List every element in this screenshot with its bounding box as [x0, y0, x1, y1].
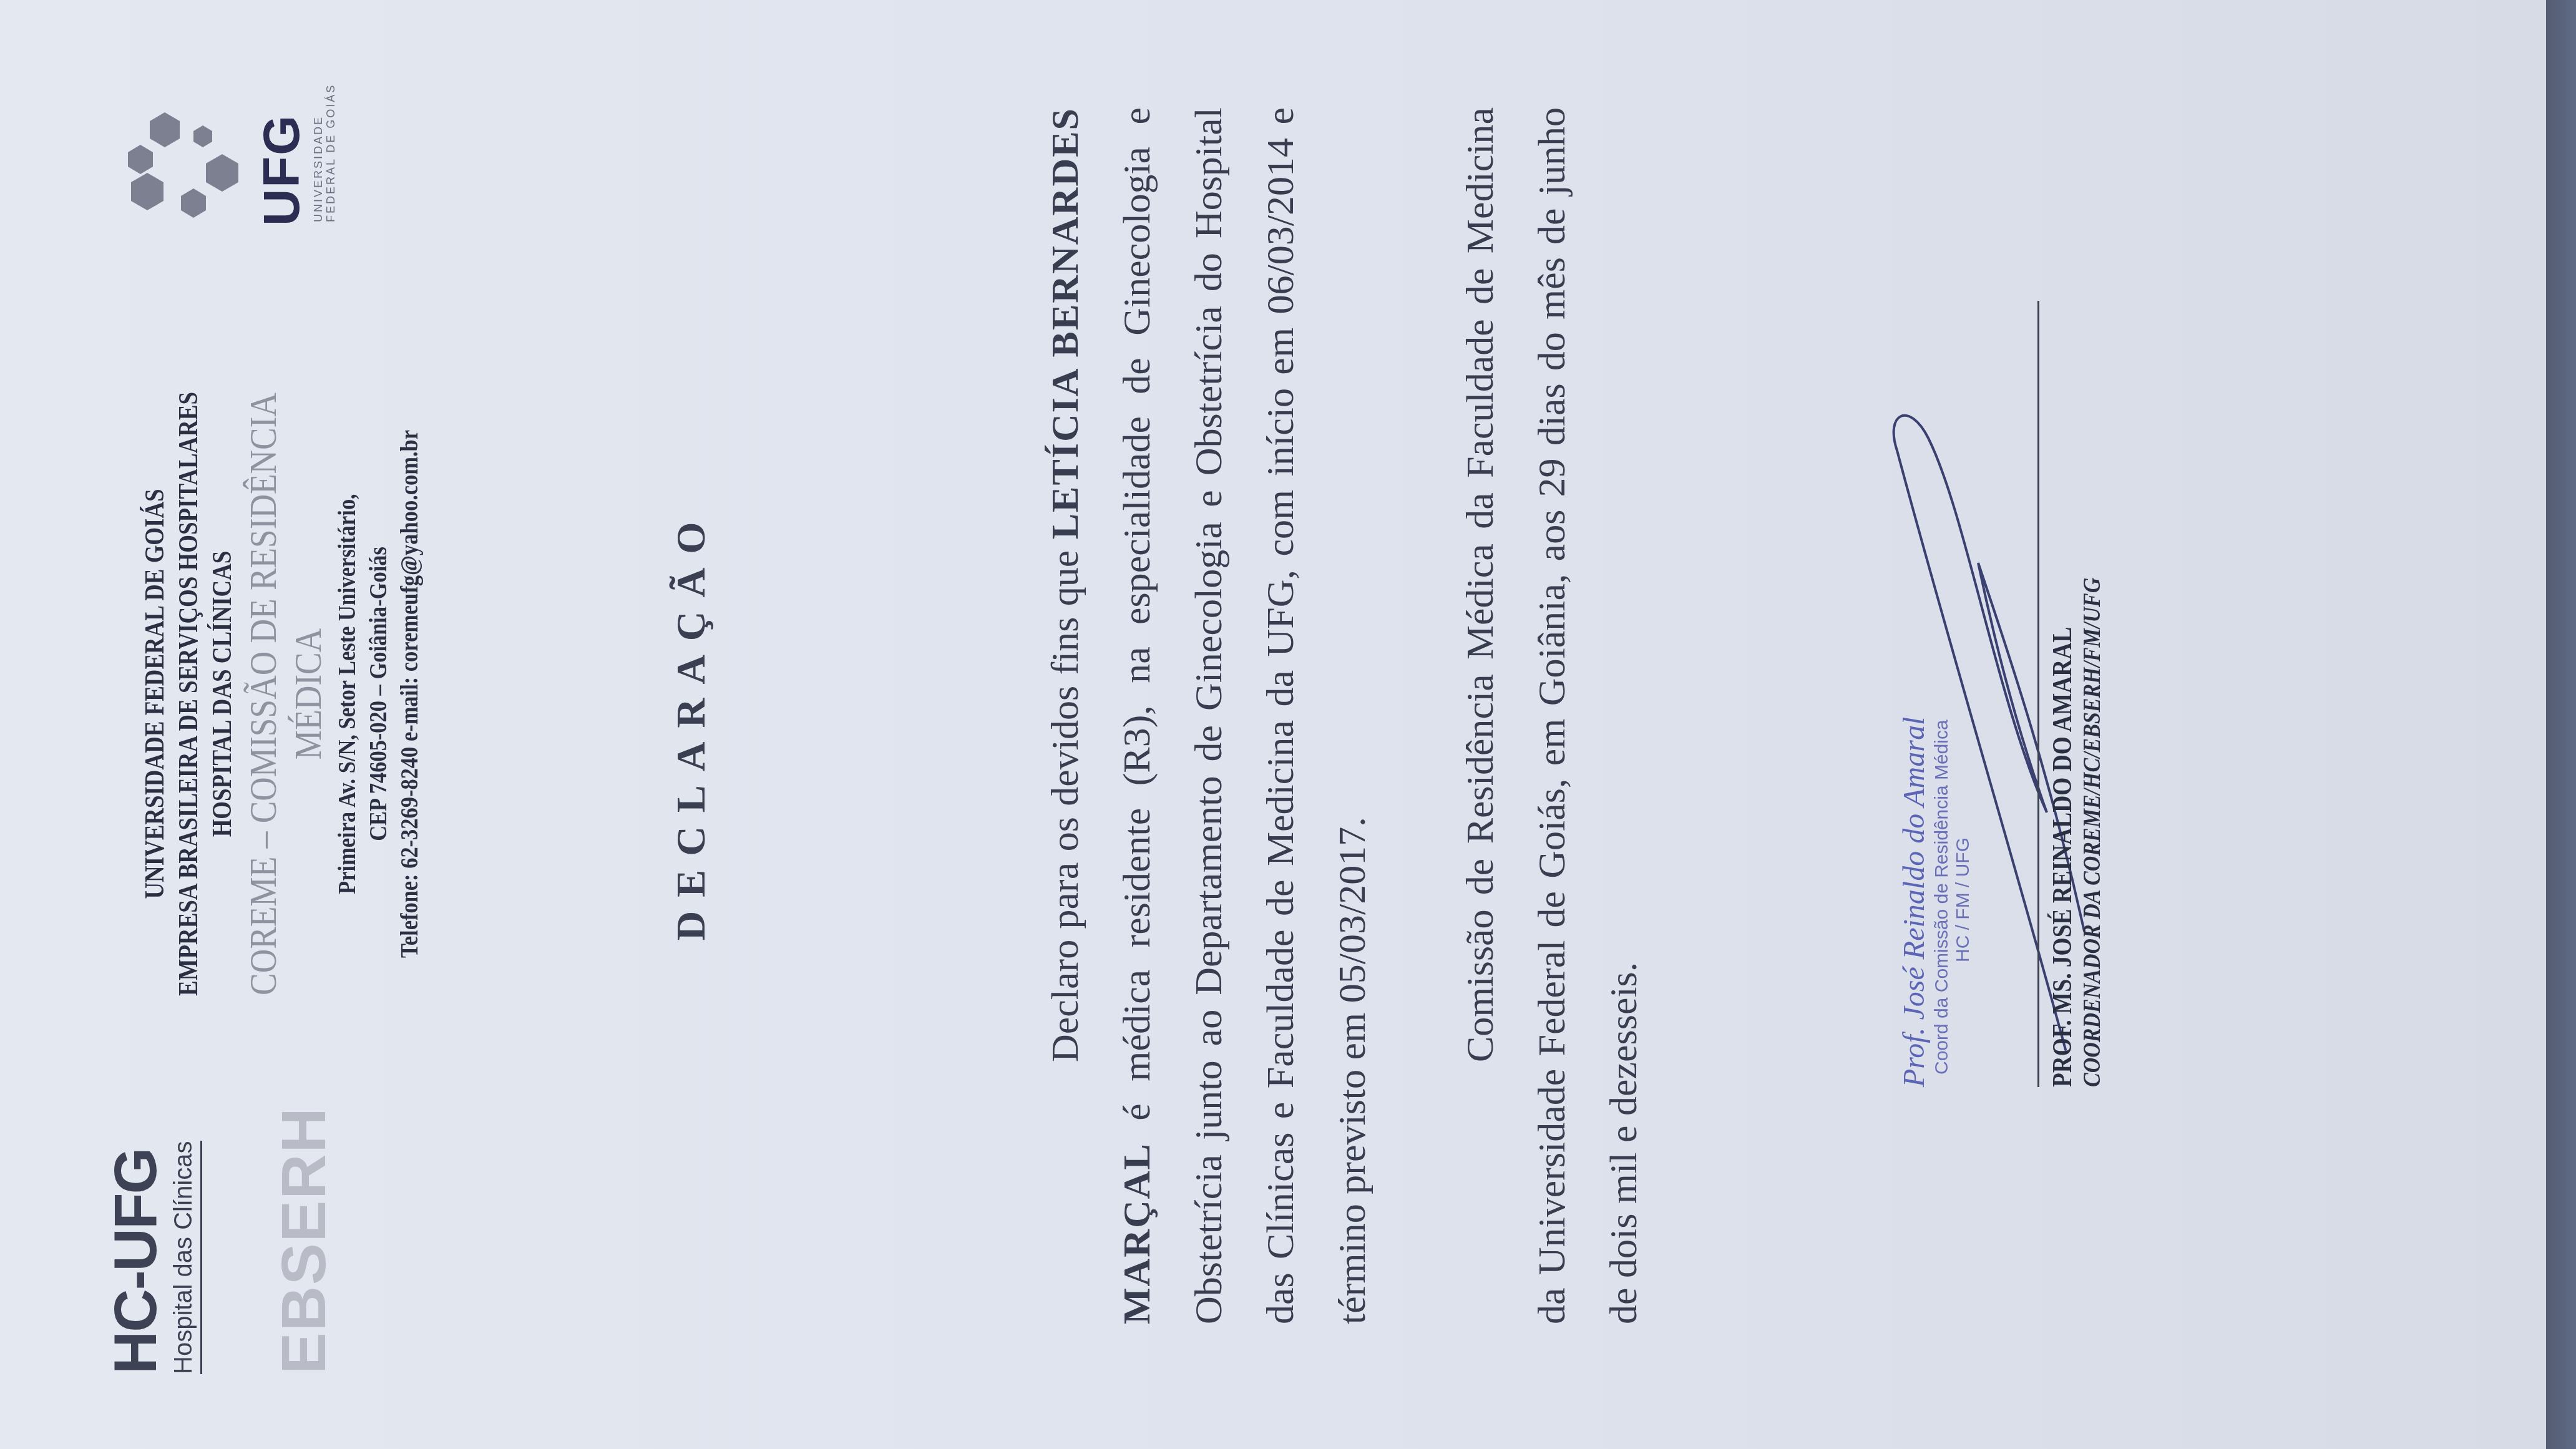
institution-line: UNIVERSIDADE FEDERAL DE GOIÁS [137, 382, 171, 1006]
closing-paragraph: Comissão de Residência Médica da Faculda… [1445, 107, 1660, 1324]
hexagon-cluster-icon [125, 107, 250, 226]
ufg-logo-subtitle: UNIVERSIDADE FEDERAL DE GOIÁS [312, 84, 337, 222]
paragraph-text: é médica residente (R3), na especialidad… [1116, 107, 1373, 1324]
paragraph-text: Declaro para os devidos fins que [1044, 539, 1086, 1062]
hc-ufg-logo: HC-UFG Hospital das Clínicas [106, 1137, 202, 1374]
ufg-logo-title: UFG [253, 114, 311, 226]
declaration-paragraph: Declaro para os devidos fins que LETÍCIA… [1030, 107, 1388, 1324]
address-line: Primeira Av. S/N, Setor Leste Universitá… [331, 374, 362, 1014]
hc-ufg-logo-subtitle: Hospital das Clínicas [170, 1141, 202, 1375]
signature-line [2037, 301, 2039, 1087]
committee-name: COREME – COMISSÃO DE RESIDÊNCIA MÉDICA [241, 366, 331, 1021]
hc-ufg-logo-title: HC-UFG [106, 1137, 166, 1374]
ufg-logo: UFG UNIVERSIDADE FEDERAL DE GOIÁS [125, 39, 331, 226]
contact-line: Telefone: 62-3269-8240 e-mail: coremeufg… [393, 374, 424, 1014]
institution-line: HOSPITAL DAS CLÍNICAS [205, 382, 238, 1006]
address-line: CEP 74605-020 – Goiânia-Goiás [362, 374, 393, 1014]
institution-header: UNIVERSIDADE FEDERAL DE GOIÁS EMPRESA BR… [137, 313, 331, 1075]
address-block: Primeira Av. S/N, Setor Leste Universitá… [331, 313, 424, 1075]
signer-name: PROF. MS. JOSÉ REINALDO DO AMARAL [2047, 419, 2078, 1087]
signer-block: PROF. MS. JOSÉ REINALDO DO AMARAL COORDE… [2047, 301, 2105, 1087]
ufg-subtitle-line: UNIVERSIDADE [312, 84, 324, 222]
ebserh-logo: EBSERH [268, 1106, 340, 1374]
document-title: DECLARAÇÃO [668, 0, 715, 1449]
document-body: Declaro para os devidos fins que LETÍCIA… [1030, 107, 1716, 1324]
signer-role: COORDENADOR DA COREME/HC/EBSERH/FM/UFG [2078, 419, 2105, 1087]
ufg-subtitle-line: FEDERAL DE GOIÁS [324, 84, 337, 222]
document-page: HC-UFG Hospital das Clínicas EBSERH UNIV… [0, 0, 2546, 1449]
paragraph-text: Comissão de Residência Médica da Faculda… [1459, 107, 1645, 1324]
institution-line: EMPRESA BRASILEIRA DE SERVIÇOS HOSPITALA… [171, 382, 205, 1006]
